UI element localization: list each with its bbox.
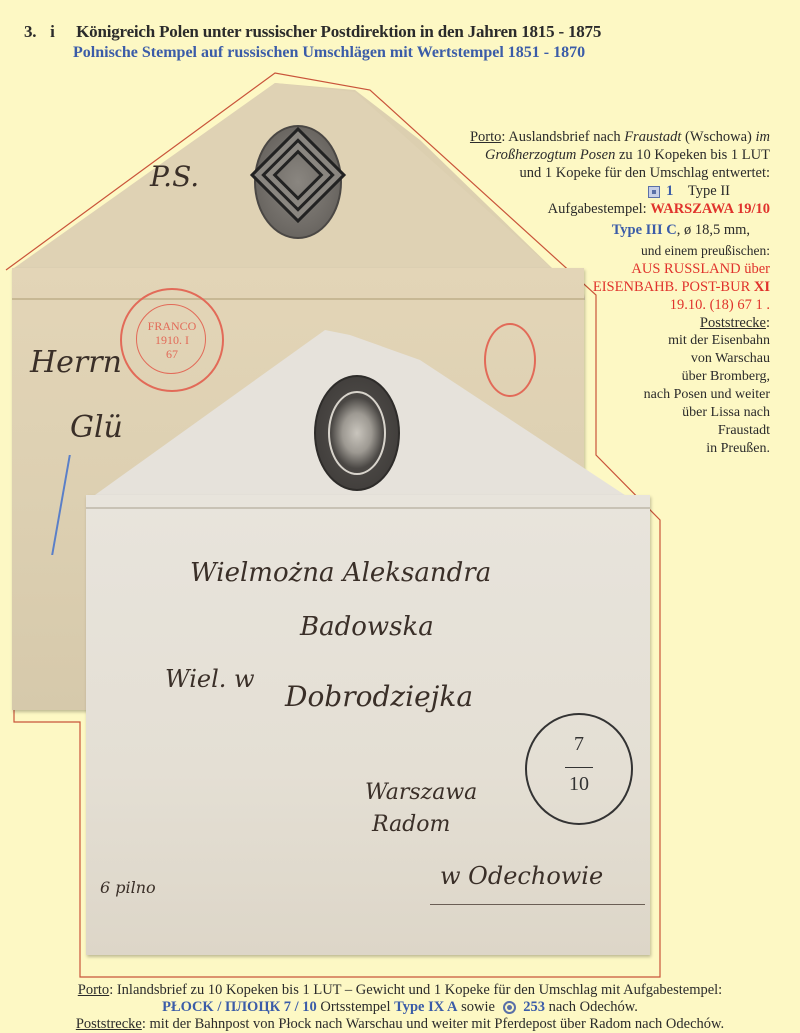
handwriting-address-1: Wielmożna Aleksandra <box>190 558 491 588</box>
bottom-cancel-line: PŁOCK / ПЛОЦК 7 / 10 Ortsstempel Type IX… <box>0 999 800 1016</box>
numeral-cancel-square-icon <box>648 186 660 198</box>
handwriting-address-4: Dobrodziejka <box>285 680 473 713</box>
bottom-route-line: Poststrecke: mit der Bahnpost von Płock … <box>0 1016 800 1033</box>
handwriting-address-2: Badowska <box>300 612 434 642</box>
imprinted-stamp-10-kopeken-eagle <box>314 375 400 491</box>
description-block-cover-1: Porto: Auslandsbrief nach Fraustadt (Wsc… <box>470 128 770 458</box>
eagle-icon <box>328 391 386 475</box>
underline-stroke <box>430 904 645 905</box>
bottom-porto-line: Porto: Inlandsbrief zu 10 Kopeken bis 1 … <box>0 982 800 999</box>
handwriting-route-2: Radom <box>372 812 450 837</box>
black-cds-plock: 7 10 <box>525 713 633 825</box>
handwriting-note: 6 pilno <box>100 878 156 897</box>
handwriting-destination: w Odechowie <box>440 862 603 890</box>
concentric-circle-cancel-icon <box>503 1001 516 1014</box>
handwriting-address-3: Wiel. w <box>165 665 255 693</box>
handwriting-route-1: Warszawa <box>365 780 477 805</box>
fold-line <box>86 507 650 509</box>
